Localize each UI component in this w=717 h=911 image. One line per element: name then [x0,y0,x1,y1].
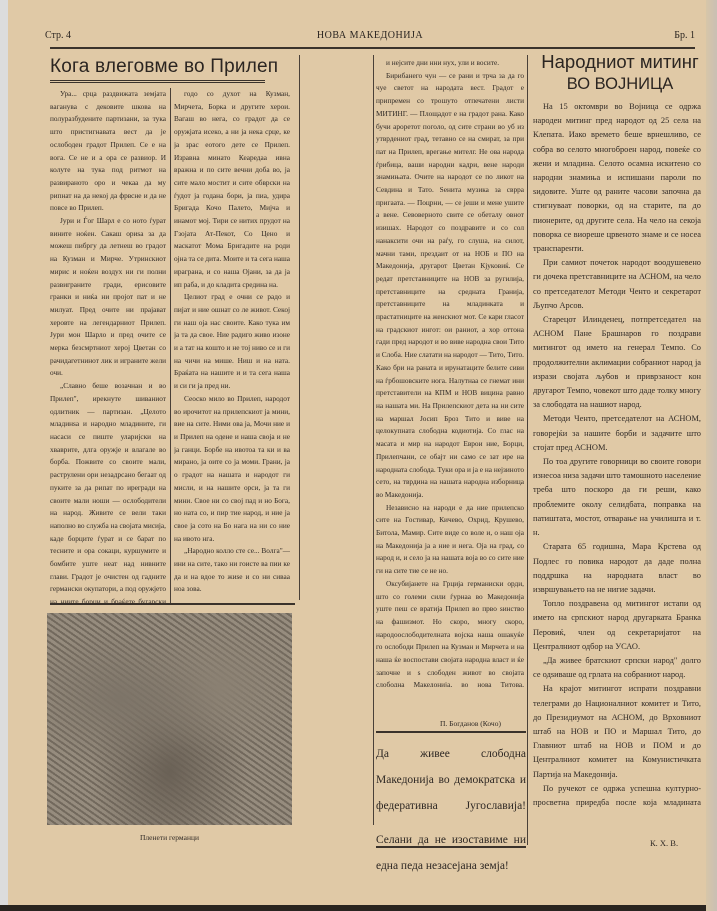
section-rule [376,846,526,848]
paragraph: „Народно колло сте се... Волга"—ини на с… [174,545,290,596]
scan-right-edge [706,0,717,911]
title-underline [50,80,265,83]
prilep-column-3: и нејсите дни нни нух, ули и восите.Бири… [376,57,524,687]
paragraph: По ручекот се одржа успешна културно-про… [533,782,701,815]
paragraph: „Славно беше возачнан и во Прилеп", ирек… [50,380,166,603]
section-rule [50,603,295,605]
prilep-column-2: годо со духот на Кузман, Мирчета, Борка … [174,88,290,603]
header-rule [50,47,695,49]
column-divider [373,55,374,825]
paragraph: Бирибанего чун — се рани и трча за да го… [376,70,524,502]
title-line-1: Народниот митинг [530,50,710,73]
paragraph: Оксубијанете на Грција германиски орди, … [376,578,524,687]
paragraph: годо со духот на Кузман, Мирчета, Борка … [174,88,290,291]
paragraph: Јури и Ѓог Шарл е со ното ѓурат вините н… [50,215,166,380]
paragraph: По тоа другите говорници во своите говор… [533,455,701,540]
section-rule [376,731,526,733]
author-signature: К. Х. В. [650,838,678,848]
page-number: Стр. 4 [45,30,71,41]
paragraph: Целиот град е очни се радо и пијат и ние… [174,291,290,393]
article-title-vojnica: Народниот митинг ВО ВОЈНИЦА [530,50,710,96]
paragraph: При самиот почеток народот воодушевено г… [533,256,701,313]
masthead: НОВА МАКЕДОНИЈА [45,30,695,41]
column-divider [299,55,300,600]
paragraph: Методи Ченто, претседателот на АСНОМ, го… [533,412,701,455]
paragraph: Независно на народи е да ние прилепско с… [376,502,524,578]
slogan-box: Да живее слободна Македонија во демократ… [376,741,526,879]
paragraph: Старецот Илинденец, потпретседател на АС… [533,313,701,412]
paragraph: На 15 октомври во Војница се одржа народ… [533,100,701,256]
page-header: НОВА МАКЕДОНИЈА Стр. 4 Бр. 1 [45,30,695,44]
article-title-prilep: Кога влеговме во Прилеп [50,56,278,78]
author-signature: П. Богданов (Кочо) [440,719,501,728]
paragraph: На крајот митингот испрати поздравни тел… [533,682,701,781]
paragraph: „Да живее братскиот српски народ" долго … [533,654,701,682]
paragraph: и нејсите дни нни нух, ули и восите. [376,57,524,70]
photo-caption: Пленети германци [47,833,292,842]
vojnica-column: На 15 октомври во Војница се одржа народ… [533,100,701,815]
slogan-sowing: Селани да не изоставиме ни една педа нез… [376,827,526,879]
column-divider [170,88,171,603]
issue-number: Бр. 1 [674,30,695,41]
paragraph: Старата 65 годишна, Мара Крстева од Подл… [533,540,701,597]
column-divider [527,55,528,845]
paragraph: Ура... срца раздвижата земјата ваганува … [50,88,166,215]
title-line-2: ВО ВОЈНИЦА [530,73,710,96]
photo-captured-germans [47,613,292,825]
scan-left-margin [0,0,8,905]
paragraph: Сеоско мило во Прилеп, народот во ирочит… [174,393,290,545]
prilep-column-1: Ура... срца раздвижата земјата ваганува … [50,88,166,603]
paragraph: Топло поздравена од митингот истапи од и… [533,597,701,654]
slogan-freedom: Да живее слободна Македонија во демократ… [376,741,526,819]
